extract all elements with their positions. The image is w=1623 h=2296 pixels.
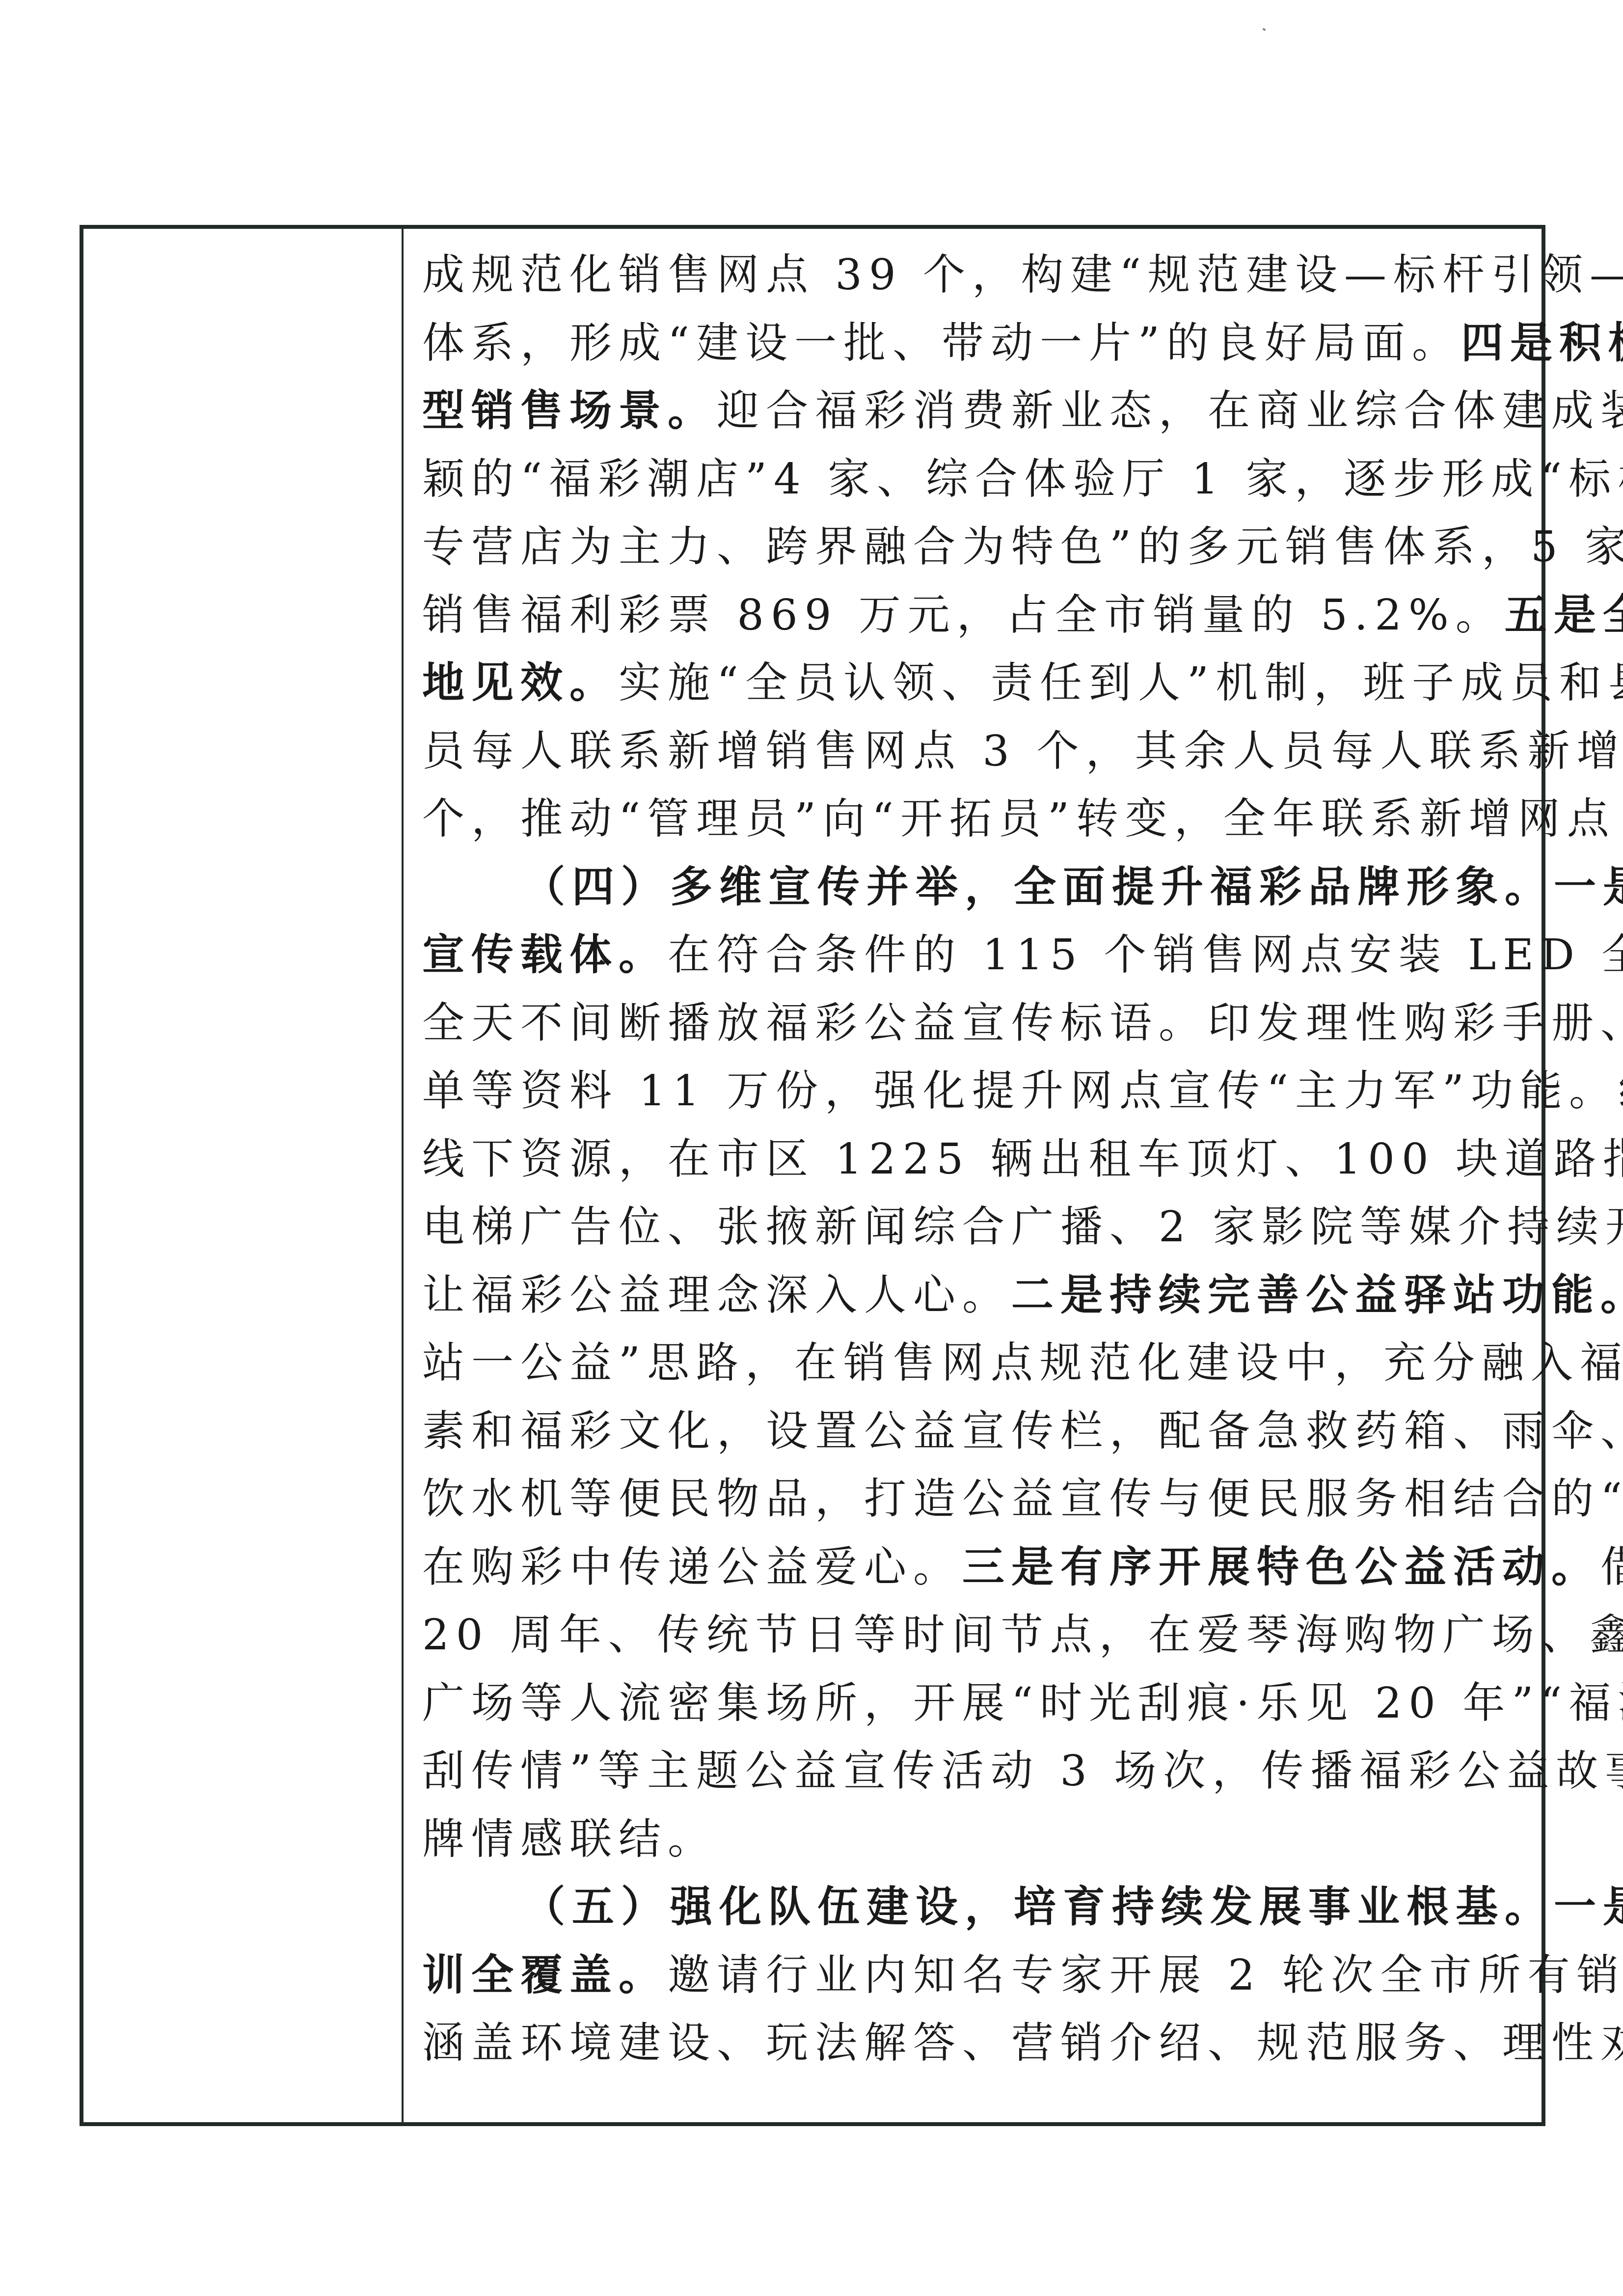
- text-segment: 广场等人流密集场所，开展“时光刮痕·乐见 20 年”“福满七夕·一: [422, 1679, 1623, 1728]
- text-segment: 让福彩公益理念深入人心。: [422, 1271, 1011, 1320]
- text-line: 型销售场景。迎合福彩消费新业态，在商业综合体建成装修时尚新: [422, 377, 1532, 445]
- text-line: 销售福利彩票 869 万元，占全市销量的 5.2%。五是全员拓展机制落: [422, 581, 1532, 650]
- text-segment: 员每人联系新增销售网点 3 个，其余人员每人联系新增销售网点 2: [422, 727, 1623, 776]
- text-segment: 颖的“福彩潮店”4 家、综合体验厅 1 家，逐步形成“标杆店为骨干、: [422, 455, 1623, 504]
- text-segment: 在购彩中传递公益爱心。: [422, 1543, 962, 1592]
- text-line: 全天不间断播放福彩公益宣传标语。印发理性购彩手册、公益宣传: [422, 989, 1532, 1058]
- text-segment: 涵盖环境建设、玩法解答、营销介绍、规范服务、理性劝导、合规: [422, 2019, 1623, 2068]
- text-line: 地见效。实施“全员认领、责任到人”机制，班子成员和县区专管: [422, 649, 1532, 717]
- bold-text: （四）多维宣传并举，全面提升福彩品牌形象。一是丰富公益: [523, 862, 1623, 912]
- text-segment: 20 周年、传统节日等时间节点，在爱琴海购物广场、鑫汇国际时代: [422, 1611, 1623, 1660]
- text-line: 20 周年、传统节日等时间节点，在爱琴海购物广场、鑫汇国际时代: [422, 1601, 1532, 1669]
- text-line: 个，推动“管理员”向“开拓员”转变，全年联系新增网点 54 个。: [422, 785, 1532, 853]
- text-segment: 全天不间断播放福彩公益宣传标语。印发理性购彩手册、公益宣传: [422, 999, 1623, 1048]
- text-line: 涵盖环境建设、玩法解答、营销介绍、规范服务、理性劝导、合规: [422, 2009, 1532, 2077]
- text-line: 专营店为主力、跨界融合为特色”的多元销售体系，5 家“福彩潮店”: [422, 513, 1532, 581]
- bold-text: 五是全员拓展机制落: [1505, 590, 1623, 640]
- bold-text: 训全覆盖。: [422, 1950, 668, 2000]
- text-line: 员每人联系新增销售网点 3 个，其余人员每人联系新增销售网点 2: [422, 717, 1532, 786]
- text-line: 颖的“福彩潮店”4 家、综合体验厅 1 家，逐步形成“标杆店为骨干、: [422, 445, 1532, 514]
- text-segment: 成规范化销售网点 39 个，构建“规范建设—标杆引领—多点示范”: [422, 250, 1623, 300]
- table-right-cell: 成规范化销售网点 39 个，构建“规范建设—标杆引领—多点示范”体系，形成“建设…: [404, 229, 1542, 2122]
- text-segment: 销售福利彩票 869 万元，占全市销量的 5.2%。: [422, 591, 1505, 640]
- text-line: 饮水机等便民物品，打造公益宣传与便民服务相结合的“暖心驿站”，: [422, 1465, 1532, 1533]
- text-line: 广场等人流密集场所，开展“时光刮痕·乐见 20 年”“福满七夕·一: [422, 1669, 1532, 1738]
- text-line: 在购彩中传递公益爱心。三是有序开展特色公益活动。借助即开票: [422, 1533, 1532, 1602]
- text-segment: 迎合福彩消费新业态，在商业综合体建成装修时尚新: [717, 386, 1623, 436]
- bold-text: 宣传载体。: [422, 930, 668, 980]
- text-segment: 电梯广告位、张掖新闻综合广播、2 家影院等媒介持续开展公益宣传，: [422, 1203, 1623, 1252]
- text-line: 站一公益”思路，在销售网点规范化建设中，充分融入福彩公益元: [422, 1329, 1532, 1397]
- text-line: 单等资料 11 万份，强化提升网点宣传“主力军”功能。统筹线上、: [422, 1057, 1532, 1125]
- table-left-cell: [83, 229, 402, 2122]
- text-segment: 在符合条件的 115 个销售网点安装 LED 全彩电子显示屏，: [668, 930, 1623, 980]
- bold-text: 型销售场景。: [422, 386, 717, 436]
- report-table: 成规范化销售网点 39 个，构建“规范建设—标杆引领—多点示范”体系，形成“建设…: [80, 225, 1545, 2126]
- text-segment: 体系，形成“建设一批、带动一片”的良好局面。: [422, 319, 1461, 368]
- text-segment: 线下资源，在市区 1225 辆出租车顶灯、100 块道路指示牌、100 部: [422, 1135, 1623, 1184]
- text-segment: 饮水机等便民物品，打造公益宣传与便民服务相结合的“暖心驿站”，: [422, 1475, 1623, 1524]
- text-line: 素和福彩文化，设置公益宣传栏，配备急救药箱、雨伞、充电器、: [422, 1397, 1532, 1466]
- text-segment: 邀请行业内知名专家开展 2 轮次全市所有销售网点培训，: [668, 1951, 1623, 2000]
- scan-speck: [1262, 28, 1266, 31]
- text-segment: 个，推动“管理员”向“开拓员”转变，全年联系新增网点 54 个。: [422, 794, 1623, 844]
- text-segment: 刮传情”等主题公益宣传活动 3 场次，传播福彩公益故事，强化品: [422, 1747, 1623, 1796]
- text-segment: 借助即开票: [1600, 1543, 1623, 1592]
- bold-text: （五）强化队伍建设，培育持续发展事业根基。一是系统化培: [523, 1882, 1623, 1932]
- text-line: 训全覆盖。邀请行业内知名专家开展 2 轮次全市所有销售网点培训，: [422, 1941, 1532, 2010]
- text-segment: 素和福彩文化，设置公益宣传栏，配备急救药箱、雨伞、充电器、: [422, 1407, 1623, 1456]
- text-segment: 站一公益”思路，在销售网点规范化建设中，充分融入福彩公益元: [422, 1339, 1623, 1388]
- bold-text: 二是持续完善公益驿站功能。: [1011, 1270, 1623, 1320]
- section-heading-line: （五）强化队伍建设，培育持续发展事业根基。一是系统化培: [422, 1873, 1532, 1941]
- text-segment: 实施“全员认领、责任到人”机制，班子成员和县区专管: [619, 658, 1623, 708]
- bold-text: 三是有序开展特色公益活动。: [962, 1542, 1600, 1592]
- scanned-page: 成规范化销售网点 39 个，构建“规范建设—标杆引领—多点示范”体系，形成“建设…: [0, 0, 1623, 2296]
- bold-text: 四是积极布局新: [1461, 318, 1623, 368]
- text-line: 成规范化销售网点 39 个，构建“规范建设—标杆引领—多点示范”: [422, 241, 1532, 309]
- text-segment: 单等资料 11 万份，强化提升网点宣传“主力军”功能。统筹线上、: [422, 1066, 1623, 1116]
- text-line: 线下资源，在市区 1225 辆出租车顶灯、100 块道路指示牌、100 部: [422, 1125, 1532, 1194]
- text-line: 宣传载体。在符合条件的 115 个销售网点安装 LED 全彩电子显示屏，: [422, 921, 1532, 989]
- text-line: 刮传情”等主题公益宣传活动 3 场次，传播福彩公益故事，强化品: [422, 1737, 1532, 1805]
- text-line: 体系，形成“建设一批、带动一片”的良好局面。四是积极布局新: [422, 309, 1532, 378]
- text-line: 牌情感联结。: [422, 1805, 1532, 1874]
- text-line: 让福彩公益理念深入人心。二是持续完善公益驿站功能。坚持“一: [422, 1261, 1532, 1330]
- body-text: 成规范化销售网点 39 个，构建“规范建设—标杆引领—多点示范”体系，形成“建设…: [422, 241, 1532, 2077]
- section-heading-line: （四）多维宣传并举，全面提升福彩品牌形象。一是丰富公益: [422, 853, 1532, 922]
- text-segment: 牌情感联结。: [422, 1815, 717, 1864]
- text-line: 电梯广告位、张掖新闻综合广播、2 家影院等媒介持续开展公益宣传，: [422, 1193, 1532, 1261]
- bold-text: 地见效。: [422, 658, 619, 708]
- text-segment: 专营店为主力、跨界融合为特色”的多元销售体系，5 家“福彩潮店”: [422, 522, 1623, 572]
